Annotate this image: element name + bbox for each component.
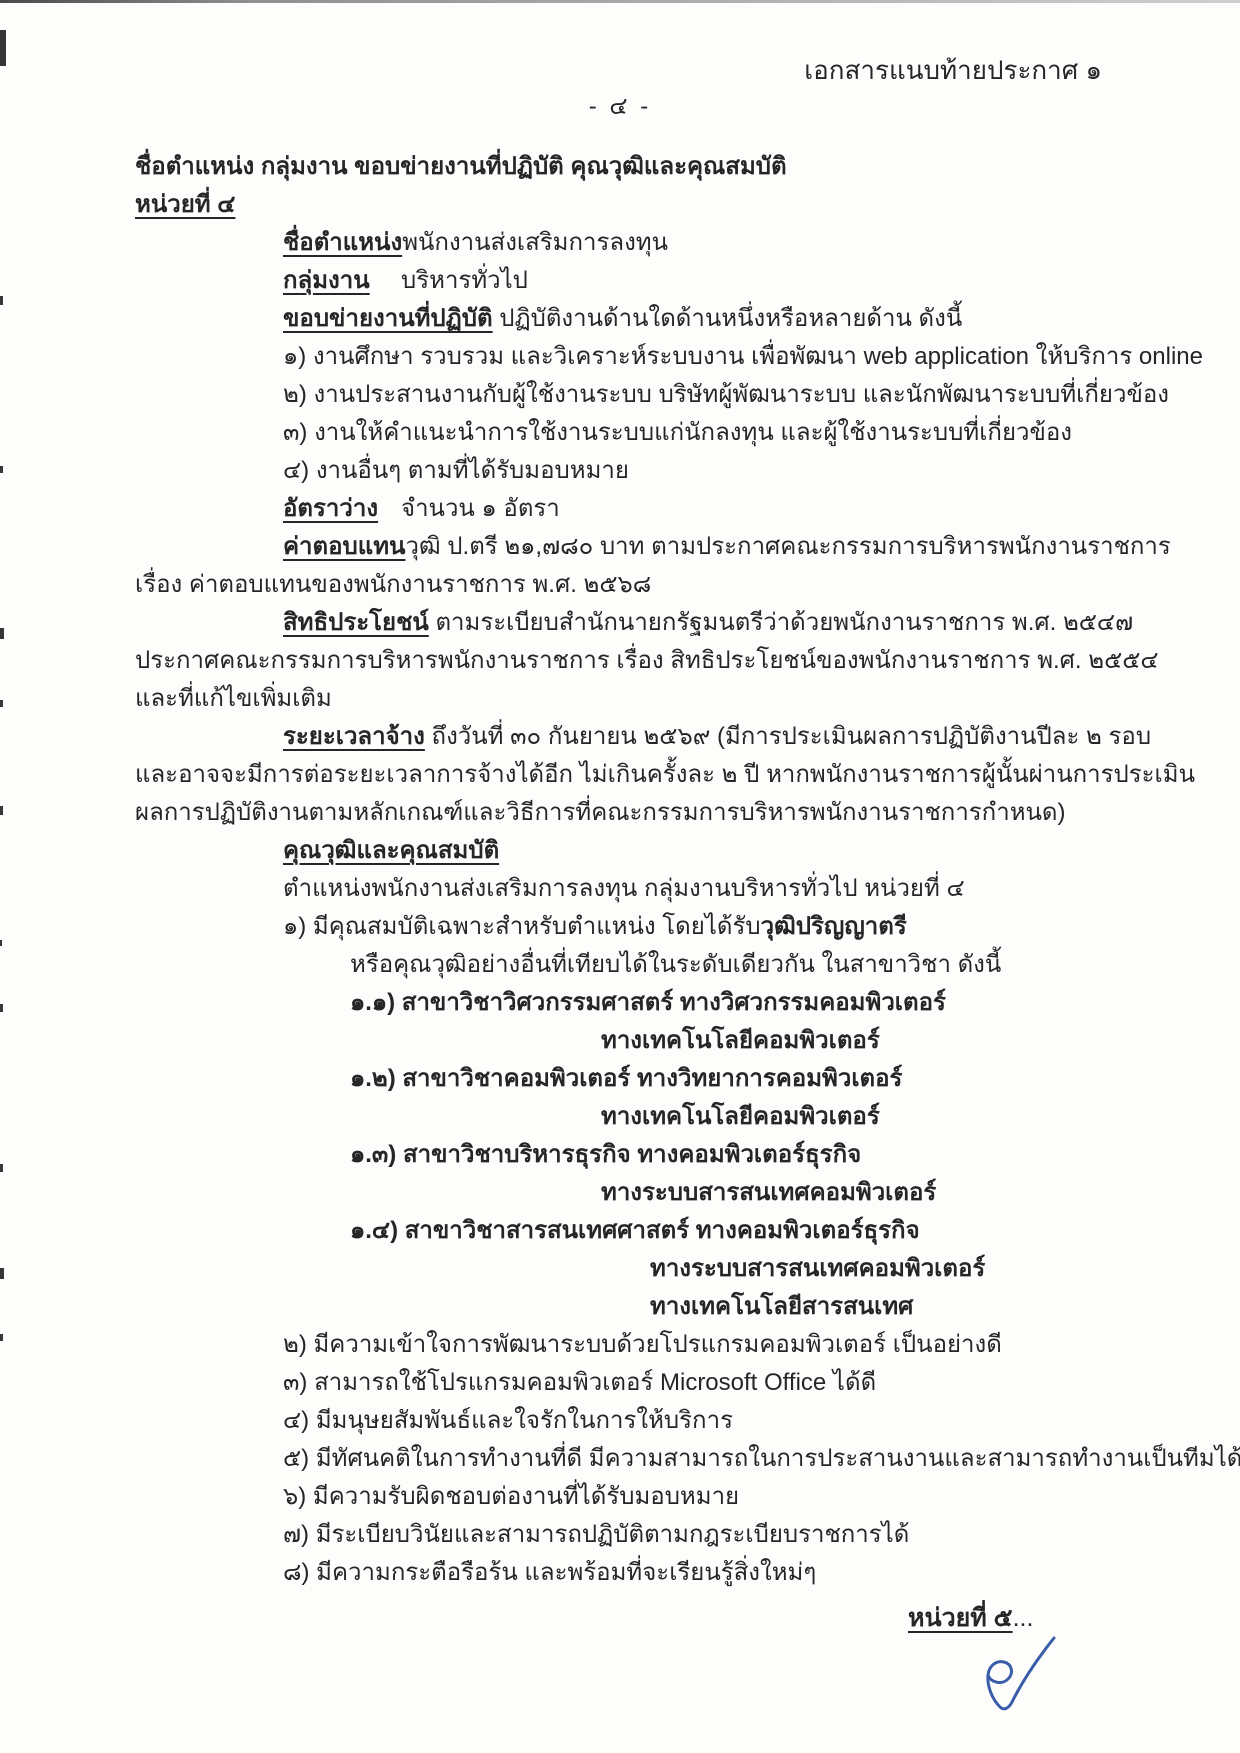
- scan-artifact: [0, 806, 3, 815]
- qualification-item-4: ๔) มีมนุษยสัมพันธ์และใจรักในการให้บริการ: [135, 1402, 1155, 1440]
- group-value: บริหารทั่วไป: [401, 267, 528, 294]
- scope-label: ขอบข่ายงานที่ปฏิบัติ: [283, 305, 493, 332]
- degree-requirement: วุฒิปริญญาตรี: [761, 913, 907, 940]
- qualification-item-1-continuation: หรือคุณวุฒิอย่างอื่นที่เทียบได้ในระดับเด…: [135, 946, 1155, 984]
- major-item-1-3: ๑.๓) สาขาวิชาบริหารธุรกิจ ทางคอมพิวเตอร์…: [135, 1136, 1155, 1174]
- benefits-label: สิทธิประโยชน์: [283, 609, 429, 636]
- major-item-1-4: ๑.๔) สาขาวิชาสารสนเทศศาสตร์ ทางคอมพิวเตอ…: [135, 1212, 1155, 1250]
- field-employment-period: ระยะเวลาจ้าง ถึงวันที่ ๓๐ กันยายน ๒๕๖๙ (…: [135, 718, 1155, 756]
- scope-intro: ปฏิบัติงานด้านใดด้านหนึ่งหรือหลายด้าน ดั…: [499, 305, 962, 332]
- qualification-item-2: ๒) มีความเข้าใจการพัฒนาระบบด้วยโปรแกรมคอ…: [135, 1326, 1155, 1364]
- qualification-item-3: ๓) สามารถใช้โปรแกรมคอมพิวเตอร์ Microsoft…: [135, 1364, 1155, 1402]
- benefits-value: ตามระเบียบสำนักนายกรัฐมนตรีว่าด้วยพนักงา…: [435, 609, 1133, 636]
- qualification-item-7: ๗) มีระเบียบวินัยและสามารถปฏิบัติตามกฎระ…: [135, 1516, 1155, 1554]
- major-item-1-1: ๑.๑) สาขาวิชาวิศวกรรมศาสตร์ ทางวิศวกรรมค…: [135, 984, 1155, 1022]
- field-benefits: สิทธิประโยชน์ ตามระเบียบสำนักนายกรัฐมนตร…: [135, 604, 1155, 642]
- major-item-1-4-continuation-1: ทางระบบสารสนเทศคอมพิวเตอร์: [135, 1250, 1155, 1288]
- qualification-item-1-prefix: ๑) มีคุณสมบัติเฉพาะสำหรับตำแหน่ง โดยได้ร…: [283, 913, 761, 940]
- scan-artifact: [0, 466, 3, 473]
- field-group: กลุ่มงานบริหารทั่วไป: [135, 262, 1155, 300]
- scan-artifact: [0, 1334, 3, 1341]
- scope-item-3: ๓) งานให้คำแนะนำการใช้งานระบบแก่นักลงทุน…: [135, 414, 1155, 452]
- position-label: ชื่อตำแหน่ง: [283, 229, 402, 256]
- vacancy-value: จำนวน ๑ อัตรา: [401, 495, 560, 522]
- scan-artifact: [0, 700, 3, 707]
- scan-artifact: [0, 30, 6, 66]
- qualifications-heading: คุณวุฒิและคุณสมบัติ: [283, 837, 499, 864]
- employment-period-continuation-2: ผลการปฏิบัติงานตามหลักเกณฑ์และวิธีการที่…: [135, 794, 1155, 832]
- document-title: ชื่อตำแหน่ง กลุ่มงาน ขอบข่ายงานที่ปฏิบัต…: [135, 148, 1155, 186]
- major-item-1-2-continuation: ทางเทคโนโลยีคอมพิวเตอร์: [135, 1098, 1155, 1136]
- field-position: ชื่อตำแหน่งพนักงานส่งเสริมการลงทุน: [135, 224, 1155, 262]
- field-scope: ขอบข่ายงานที่ปฏิบัติ ปฏิบัติงานด้านใดด้า…: [135, 300, 1155, 338]
- field-salary: ค่าตอบแทนวุฒิ ป.ตรี ๒๑,๗๘๐ บาท ตามประกาศ…: [135, 528, 1155, 566]
- major-item-1-3-continuation: ทางระบบสารสนเทศคอมพิวเตอร์: [135, 1174, 1155, 1212]
- scope-item-2: ๒) งานประสานงานกับผู้ใช้งานระบบ บริษัทผู…: [135, 376, 1155, 414]
- attachment-header-note: เอกสารแนบท้ายประกาศ ๑: [804, 50, 1102, 91]
- salary-label: ค่าตอบแทน: [283, 533, 405, 560]
- employment-period-continuation-1: และอาจจะมีการต่อระยะเวลาการจ้างได้อีก ไม…: [135, 756, 1155, 794]
- qualification-item-5: ๕) มีทัศนคติในการทำงานที่ดี มีความสามารถ…: [135, 1440, 1155, 1478]
- salary-continuation: เรื่อง ค่าตอบแทนของพนักงานราชการ พ.ศ. ๒๕…: [135, 566, 1155, 604]
- benefits-continuation-2: และที่แก้ไขเพิ่มเติม: [135, 680, 1155, 718]
- scan-artifact: [0, 940, 2, 946]
- field-vacancy: อัตราว่างจำนวน ๑ อัตรา: [135, 490, 1155, 528]
- salary-value: วุฒิ ป.ตรี ๒๑,๗๘๐ บาท ตามประกาศคณะกรรมกา…: [405, 533, 1170, 560]
- scan-artifact: [0, 296, 3, 305]
- qualifications-intro: ตำแหน่งพนักงานส่งเสริมการลงทุน กลุ่มงานบ…: [135, 870, 1155, 908]
- scanned-document-page: เอกสารแนบท้ายประกาศ ๑ - ๔ - ชื่อตำแหน่ง …: [0, 0, 1240, 1753]
- scan-artifact: [0, 1004, 3, 1012]
- page-number: - ๔ -: [0, 86, 1240, 125]
- scope-item-1: ๑) งานศึกษา รวบรวม และวิเคราะห์ระบบงาน เ…: [135, 338, 1155, 376]
- qualifications-heading-line: คุณวุฒิและคุณสมบัติ: [135, 832, 1155, 870]
- scan-artifact: [0, 628, 4, 639]
- major-item-1-4-continuation-2: ทางเทคโนโลยีสารสนเทศ: [135, 1288, 1155, 1326]
- next-unit-label: หน่วยที่ ๕: [908, 1604, 1013, 1632]
- scope-item-4: ๔) งานอื่นๆ ตามที่ได้รับมอบหมาย: [135, 452, 1155, 490]
- major-item-1-2: ๑.๒) สาขาวิชาคอมพิวเตอร์ ทางวิทยาการคอมพ…: [135, 1060, 1155, 1098]
- unit-heading: หน่วยที่ ๔: [135, 191, 235, 218]
- vacancy-label: อัตราว่าง: [283, 495, 378, 522]
- employment-period-value: ถึงวันที่ ๓๐ กันยายน ๒๕๖๙ (มีการประเมินผ…: [432, 723, 1152, 750]
- position-value: พนักงานส่งเสริมการลงทุน: [402, 229, 668, 256]
- qualification-item-8: ๘) มีความกระตือรือร้น และพร้อมที่จะเรียน…: [135, 1554, 1155, 1592]
- scan-artifact: [0, 1268, 4, 1279]
- unit-heading-line: หน่วยที่ ๔: [135, 186, 1155, 224]
- scan-artifact: [0, 1164, 3, 1172]
- group-label: กลุ่มงาน: [283, 267, 370, 294]
- scan-top-edge: [0, 0, 1240, 3]
- employment-period-label: ระยะเวลาจ้าง: [283, 723, 425, 750]
- handwritten-initial-signature: [972, 1632, 1068, 1732]
- next-unit-ellipsis: ...: [1013, 1604, 1034, 1632]
- benefits-continuation-1: ประกาศคณะกรรมการบริหารพนักงานราชการ เรื่…: [135, 642, 1155, 680]
- qualification-item-6: ๖) มีความรับผิดชอบต่องานที่ได้รับมอบหมาย: [135, 1478, 1155, 1516]
- major-item-1-1-continuation: ทางเทคโนโลยีคอมพิวเตอร์: [135, 1022, 1155, 1060]
- document-body: ชื่อตำแหน่ง กลุ่มงาน ขอบข่ายงานที่ปฏิบัต…: [135, 148, 1155, 1592]
- qualification-item-1: ๑) มีคุณสมบัติเฉพาะสำหรับตำแหน่ง โดยได้ร…: [135, 908, 1155, 946]
